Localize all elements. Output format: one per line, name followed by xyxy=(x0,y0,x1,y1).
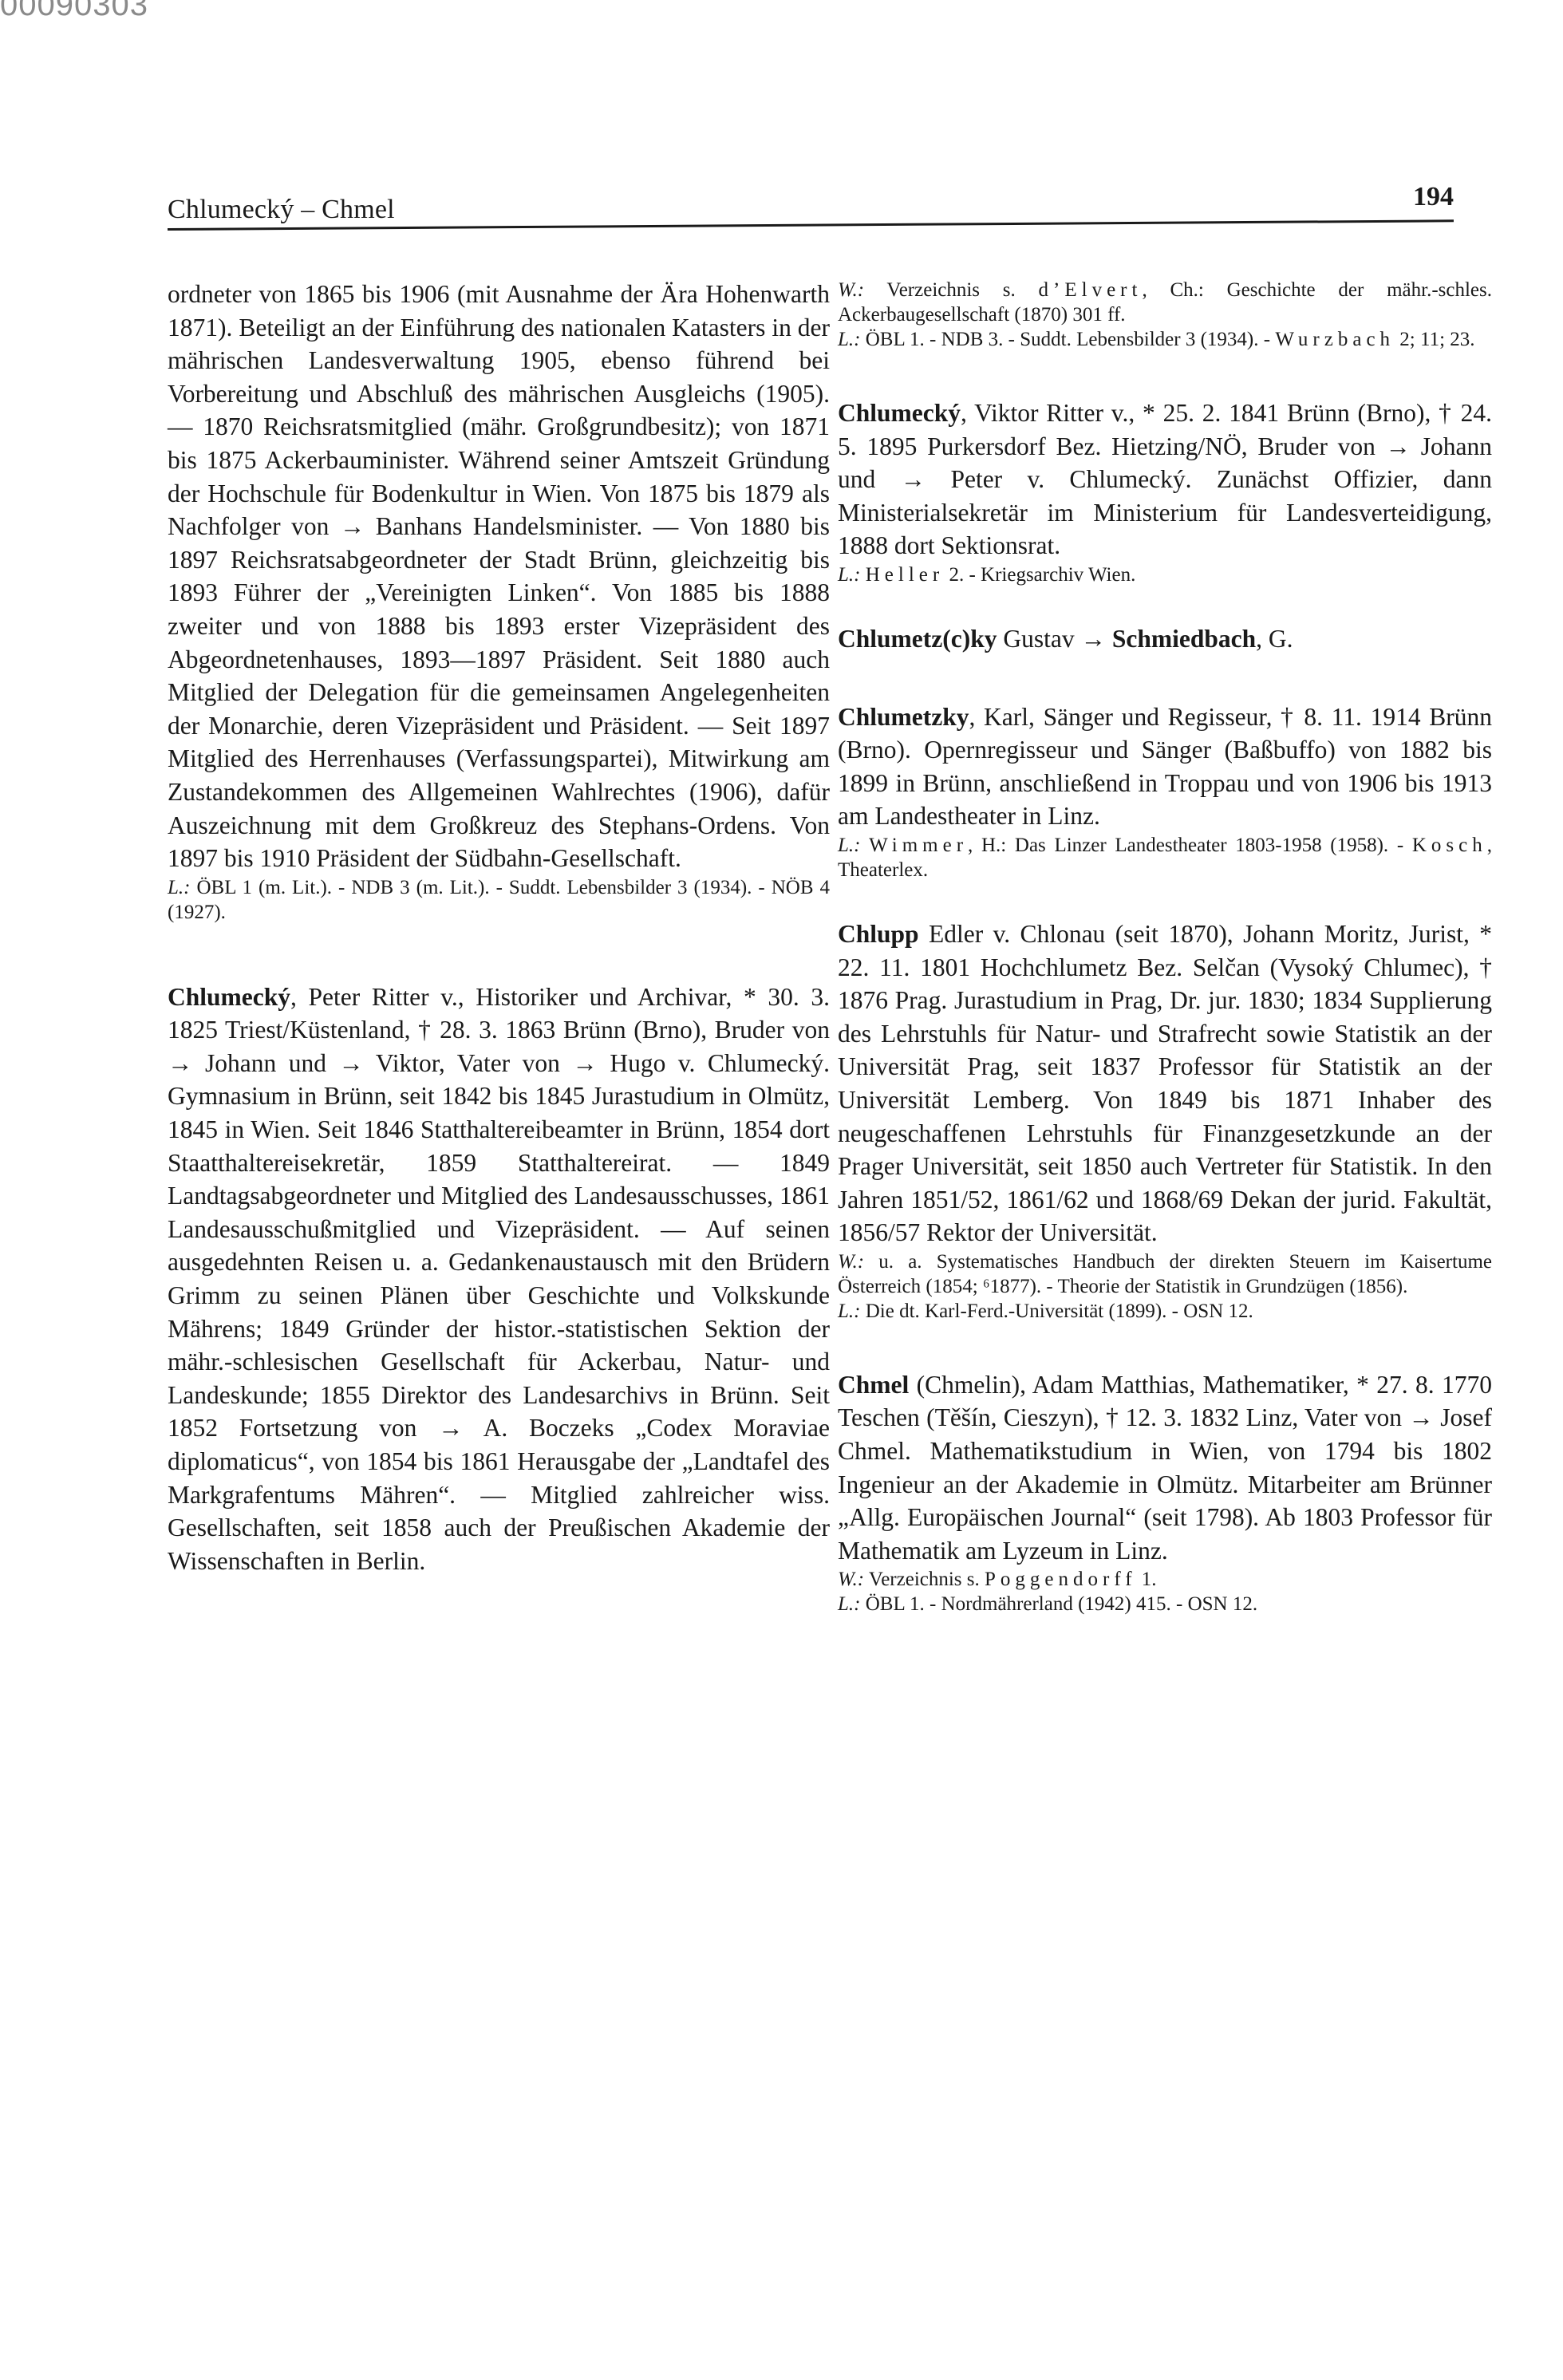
entry-viktor-chlumecky: Chlumecký, Viktor Ritter v., * 25. 2. 18… xyxy=(838,397,1492,587)
entry-text: (Chmelin), Adam Matthias, Mathematiker, … xyxy=(838,1371,1492,1565)
entry-body: Chlumetz(c)ky Gustav → Schmiedbach, G. xyxy=(838,622,1492,656)
works-ref: W.: Verzeichnis s. Poggendorff 1. xyxy=(838,1567,1492,1592)
literature-ref: L.: ÖBL 1. - NDB 3. - Suddt. Lebensbilde… xyxy=(838,327,1492,352)
headword: Chlumetzky xyxy=(838,703,969,731)
literature-text: ÖBL 1 (m. Lit.). - NDB 3 (m. Lit.). - Su… xyxy=(168,877,830,923)
entry-body: Chlumecký, Viktor Ritter v., * 25. 2. 18… xyxy=(838,397,1492,562)
works-label: W.: xyxy=(838,1569,864,1590)
author-name: d’Elvert xyxy=(1039,279,1143,301)
page-number: 194 xyxy=(1413,182,1454,212)
literature-text: 2. - Kriegsarchiv Wien. xyxy=(944,564,1135,586)
entry-body: Chmel (Chmelin), Adam Matthias, Mathemat… xyxy=(838,1368,1492,1568)
author-name: Wimmer xyxy=(869,835,968,856)
author-name: Wurzbach xyxy=(1275,329,1395,350)
headword: Chmel xyxy=(838,1371,909,1399)
entry-body: Chlumetzky, Karl, Sänger und Regisseur, … xyxy=(838,701,1492,833)
entry-gustav-chlumetzky: Chlumetz(c)ky Gustav → Schmiedbach, G. xyxy=(838,622,1492,656)
literature-ref: L.: ÖBL 1 (m. Lit.). - NDB 3 (m. Lit.). … xyxy=(168,875,830,925)
works-text: u. a. Systematisches Handbuch der direkt… xyxy=(838,1251,1492,1297)
literature-ref: L.: ÖBL 1. - Nordmährerland (1942) 415. … xyxy=(838,1592,1492,1616)
literature-label: L.: xyxy=(838,835,860,856)
literature-text: 2; 11; 23. xyxy=(1395,329,1474,350)
left-column: ordneter von 1865 bis 1906 (mit Ausnahme… xyxy=(168,278,830,1577)
entry-peter-refs: W.: Verzeichnis s. d’Elvert, Ch.: Geschi… xyxy=(838,278,1492,352)
literature-text: , H.: Das Linzer Landestheater 1803-1958… xyxy=(968,835,1412,856)
literature-ref: L.: Heller 2. - Kriegsarchiv Wien. xyxy=(838,562,1492,587)
works-label: W.: xyxy=(838,279,864,301)
entry-body: Chlumecký, Peter Ritter v., Historiker u… xyxy=(168,981,830,1578)
headword: Chlumetz(c)ky xyxy=(838,625,997,653)
author-name: Poggendorff xyxy=(985,1569,1137,1590)
entry-text: Gustav → xyxy=(997,625,1111,653)
entry-peter-chlumecky: Chlumecký, Peter Ritter v., Historiker u… xyxy=(168,981,830,1578)
entry-karl-chlumetzky: Chlumetzky, Karl, Sänger und Regisseur, … xyxy=(838,701,1492,882)
scan-stamp: 00090303 xyxy=(0,0,148,23)
literature-label: L.: xyxy=(838,1301,860,1322)
entry-body: Chlupp Edler v. Chlonau (seit 1870), Joh… xyxy=(838,918,1492,1249)
literature-label: L.: xyxy=(838,564,860,586)
entry-text: Edler v. Chlonau (seit 1870), Johann Mor… xyxy=(838,920,1492,1246)
literature-text: Die dt. Karl-Ferd.-Universität (1899). -… xyxy=(866,1301,1253,1322)
works-ref: W.: Verzeichnis s. d’Elvert, Ch.: Geschi… xyxy=(838,278,1492,327)
literature-label: L.: xyxy=(838,1593,860,1615)
literature-ref: L.: Wimmer, H.: Das Linzer Landestheater… xyxy=(838,833,1492,882)
entry-text: , Peter Ritter v., Historiker und Archiv… xyxy=(168,983,830,1575)
entry-body: ordneter von 1865 bis 1906 (mit Ausnahme… xyxy=(168,278,830,875)
works-text: Verzeichnis s. xyxy=(886,279,1038,301)
author-name: Kosch xyxy=(1412,835,1487,856)
running-head-title: Chlumecký – Chmel xyxy=(168,195,395,225)
literature-label: L.: xyxy=(168,877,190,898)
literature-ref: L.: Die dt. Karl-Ferd.-Universität (1899… xyxy=(838,1299,1492,1324)
headword: Chlumecký xyxy=(168,983,290,1011)
entry-chlupp: Chlupp Edler v. Chlonau (seit 1870), Joh… xyxy=(838,918,1492,1324)
cross-reference: Schmiedbach xyxy=(1112,625,1256,653)
headword: Chlumecký xyxy=(838,399,961,427)
entry-chmel: Chmel (Chmelin), Adam Matthias, Mathemat… xyxy=(838,1368,1492,1617)
works-ref: W.: u. a. Systematisches Handbuch der di… xyxy=(838,1249,1492,1299)
right-column: W.: Verzeichnis s. d’Elvert, Ch.: Geschi… xyxy=(838,278,1492,1616)
author-name: Heller xyxy=(866,564,944,586)
literature-label: L.: xyxy=(838,329,860,350)
entry-text: , G. xyxy=(1256,625,1293,653)
works-text: 1. xyxy=(1137,1569,1157,1590)
literature-text: ÖBL 1. - NDB 3. - Suddt. Lebensbilder 3 … xyxy=(866,329,1276,350)
works-text: Verzeichnis s. xyxy=(869,1569,985,1590)
entry-johann-continuation: ordneter von 1865 bis 1906 (mit Ausnahme… xyxy=(168,278,830,925)
works-label: W.: xyxy=(838,1251,864,1273)
literature-text: ÖBL 1. - Nordmährerland (1942) 415. - OS… xyxy=(866,1593,1257,1615)
headword: Chlupp xyxy=(838,920,919,948)
